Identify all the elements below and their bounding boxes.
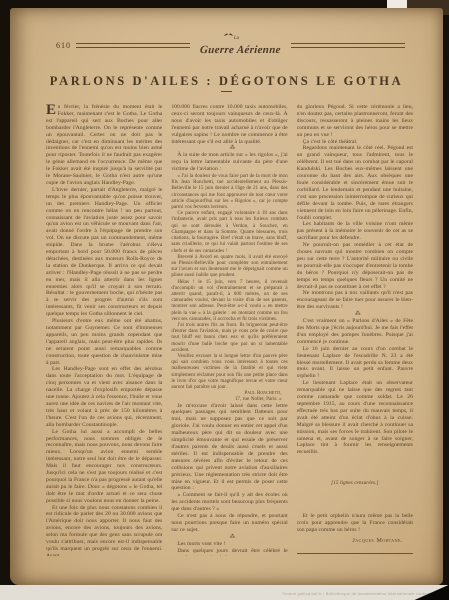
- header-rule-right: [291, 43, 405, 48]
- letter-paragraph: J'ai trois autres fils au front. Ils bri…: [171, 322, 287, 353]
- letter-paragraph: Ce pauvre enfant, engagé volontaire à 18…: [171, 210, 287, 253]
- paragraph: Et une fois de plus nous constatons comb…: [46, 505, 162, 556]
- letter-paragraph: Veuillez excuser la si longue lettre d'u…: [171, 353, 287, 390]
- paragraph: Dans quelques jours devrait être célébré…: [171, 548, 287, 556]
- paragraph: Plusieurs d'entre eux même ont été abatt…: [46, 318, 162, 366]
- scanned-page-background: 610 La Guerre Aérienne PARLONS D'AILES :…: [0, 0, 449, 600]
- paragraph: Ne pourrait-on pas remédier à cet état d…: [297, 242, 413, 290]
- paragraph: L'hiver dernier, partait d'Angleterre, m…: [46, 187, 162, 318]
- author-signature: Jacques Mortane.: [297, 538, 413, 545]
- gallica-watermark: Source gallica.bnf.fr / Bibliothèque de …: [282, 591, 445, 596]
- paragraph: « Comment se fait-il qu'il y ait des éco…: [171, 492, 287, 513]
- paragraph: Le 16 juin dernier au cours d'un combat …: [297, 346, 413, 381]
- paragraph: À la suite de mon article sur « les rigo…: [171, 152, 287, 173]
- reader-letter: « J'ai la douleur de vous faire part de …: [171, 173, 287, 403]
- masthead-logo: La Guerre Aérienne: [200, 32, 281, 58]
- paragraph: Le Gotha lui aussi a accompli de belles …: [46, 429, 162, 505]
- paragraph: du glorieux Pégoud. Si cette cérémonie a…: [297, 104, 413, 139]
- column-left: En février, la frénésie du moment était …: [46, 104, 162, 556]
- paragraph: Les habitants de la ville voisine n'ont …: [297, 221, 413, 242]
- paragraph: Regardons maintenant le côté réel. Pégou…: [297, 145, 413, 221]
- masthead-la: La: [234, 36, 239, 41]
- paragraph: En février, la frénésie du moment était …: [46, 104, 162, 187]
- paragraph: Les morts vont vite !: [171, 541, 287, 548]
- page-number: 610: [56, 41, 71, 50]
- letter-paragraph: Hélas ! le 15 juin, vers 7 heures, il re…: [171, 279, 287, 322]
- editor-notice: Quéry de Champeaux. — Prière de donner a…: [297, 553, 413, 556]
- paragraph: Ça c'est le côté théâtral.: [297, 139, 413, 146]
- bird-icon: [224, 32, 233, 37]
- title-underline: [221, 91, 232, 92]
- drop-cap: E: [46, 104, 58, 116]
- paragraph: Je m'excuse d'avoir laissé dans cette le…: [171, 403, 287, 493]
- magazine-page: 610 La Guerre Aérienne PARLONS D'AILES :…: [10, 8, 443, 585]
- asterism-divider: ⁂: [171, 534, 287, 541]
- paragraph: Les Handley-Page sont en effet des aérob…: [46, 366, 162, 428]
- page-header: 610 La Guerre Aérienne: [56, 32, 405, 58]
- masthead-name: Guerre Aérienne: [200, 44, 282, 56]
- paragraph: Ce n'est pas à nous de répondre, et pour…: [171, 513, 287, 534]
- paragraph: Et le petit orphelin n'aura même pas la …: [297, 513, 413, 534]
- column-center: 100.000 fiacres contre 10.000 taxis auto…: [171, 104, 287, 556]
- letter-paragraph: « J'ai la douleur de vous faire part de …: [171, 173, 287, 210]
- censored-lines-note: [15 lignes censurées.]: [297, 480, 413, 487]
- article-title: PARLONS D'AILES : DÉGOTONS LE GOTHA: [10, 74, 443, 89]
- scan-bottom-strip: Source gallica.bnf.fr / Bibliothèque de …: [0, 585, 449, 600]
- header-rule-left: [76, 43, 190, 48]
- article-columns: En février, la frénésie du moment était …: [46, 104, 413, 556]
- asterism-divider: ⁂: [297, 311, 413, 318]
- paragraph: Ne montrons pas à nos vaillants qu'il n'…: [297, 290, 413, 311]
- column-right: du glorieux Pégoud. Si cette cérémonie a…: [297, 104, 413, 556]
- letter-paragraph: Breveté à Avord en quatre mois, il avait…: [171, 254, 287, 279]
- paragraph: C'est vraiment un « Parlons d'Ailes » de…: [297, 318, 413, 346]
- paragraph: 100.000 fiacres contre 10.000 taxis auto…: [171, 104, 287, 145]
- paragraph: Le lieutenant Laplace était un observate…: [297, 380, 413, 456]
